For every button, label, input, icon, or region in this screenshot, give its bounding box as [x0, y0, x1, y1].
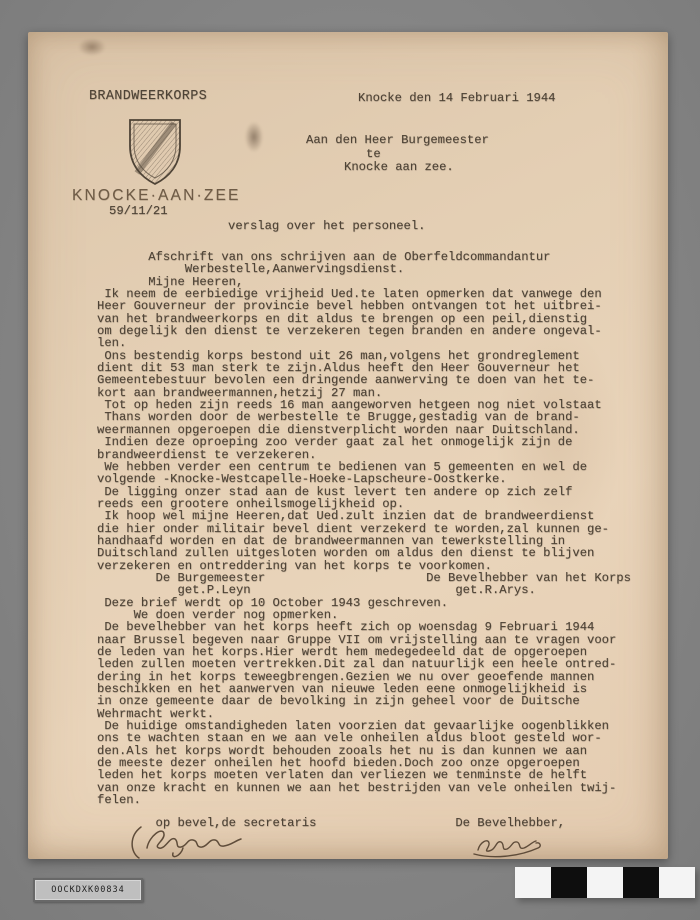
commander-signature: [468, 832, 563, 862]
calibration-square-black: [623, 867, 659, 898]
letter-body-line: Thans worden door de werbestelle te Brug…: [97, 411, 631, 423]
calibration-square-white: [587, 867, 623, 898]
subject-line: verslag over het personeel.: [228, 219, 425, 233]
scan-photo: BRANDWEERKORPS Knocke den 14 Februari 19…: [0, 0, 700, 920]
letter-body-line: in onze gemeente daar de bevolking in zi…: [97, 695, 631, 707]
paper-stain: [78, 38, 106, 56]
letter-body-line: Duitschland zullen uitgesloten worden om…: [97, 547, 631, 559]
letter-body-line: van onze kracht en kunnen we aan het bes…: [97, 782, 631, 794]
paper-stain: [245, 122, 263, 152]
letter-document: BRANDWEERKORPS Knocke den 14 Februari 19…: [28, 32, 668, 859]
letterhead-reference: 59/11/21: [109, 204, 168, 218]
letter-body-line: leden het korps moeten verlaten dan verl…: [97, 769, 631, 781]
calibration-square-white: [515, 867, 551, 898]
addressee-line: te: [366, 147, 381, 161]
letter-body: Afschrift van ons schrijven aan de Oberf…: [97, 251, 631, 806]
calibration-strip: [515, 867, 695, 898]
letterhead-city-name: KNOCKE·AAN·ZEE: [72, 187, 241, 205]
letter-body-line: Indien deze oproeping zoo verder gaat za…: [97, 436, 631, 448]
calibration-square-white: [659, 867, 695, 898]
letter-body-line: Werbestelle,Aanwervingsdienst.: [97, 263, 631, 275]
addressee-line: Aan den Heer Burgemeester: [306, 133, 489, 147]
letter-body-line: felen.: [97, 794, 631, 806]
letter-body-line: Gemeentebestuur bevolen een dringende aa…: [97, 374, 631, 386]
letter-body-line: ons te wachten staan en we aan vele onhe…: [97, 732, 631, 744]
city-crest-icon: [124, 116, 186, 188]
date-line: Knocke den 14 Februari 1944: [358, 91, 555, 105]
letter-body-line: leden zullen moeten vertrekken.Dit zal d…: [97, 658, 631, 670]
letter-body-line: len.: [97, 337, 631, 349]
letter-body-line: om degelijk den dienst te verzekeren teg…: [97, 325, 631, 337]
letter-body-line: Ik hoop wel mijne Heeren,dat Ued.zult in…: [97, 510, 631, 522]
letter-body-line: De bevelhebber van het korps heeft zich …: [97, 621, 631, 633]
letter-body-line: brandweerdienst te verzekeren.: [97, 449, 631, 461]
catalog-label: OOCKDXK00834: [33, 878, 143, 902]
secretary-signature: [123, 824, 273, 862]
addressee-line: Knocke aan zee.: [344, 160, 454, 174]
letter-body-line: volgende -Knocke-Westcapelle-Hoeke-Lapsc…: [97, 473, 631, 485]
sender-name: BRANDWEERKORPS: [89, 89, 207, 104]
calibration-square-black: [551, 867, 587, 898]
letter-body-line: Heer Gouverneur der provincie bevel hebb…: [97, 300, 631, 312]
letter-body-line: get.P.Leyn get.R.Arys.: [97, 584, 631, 596]
